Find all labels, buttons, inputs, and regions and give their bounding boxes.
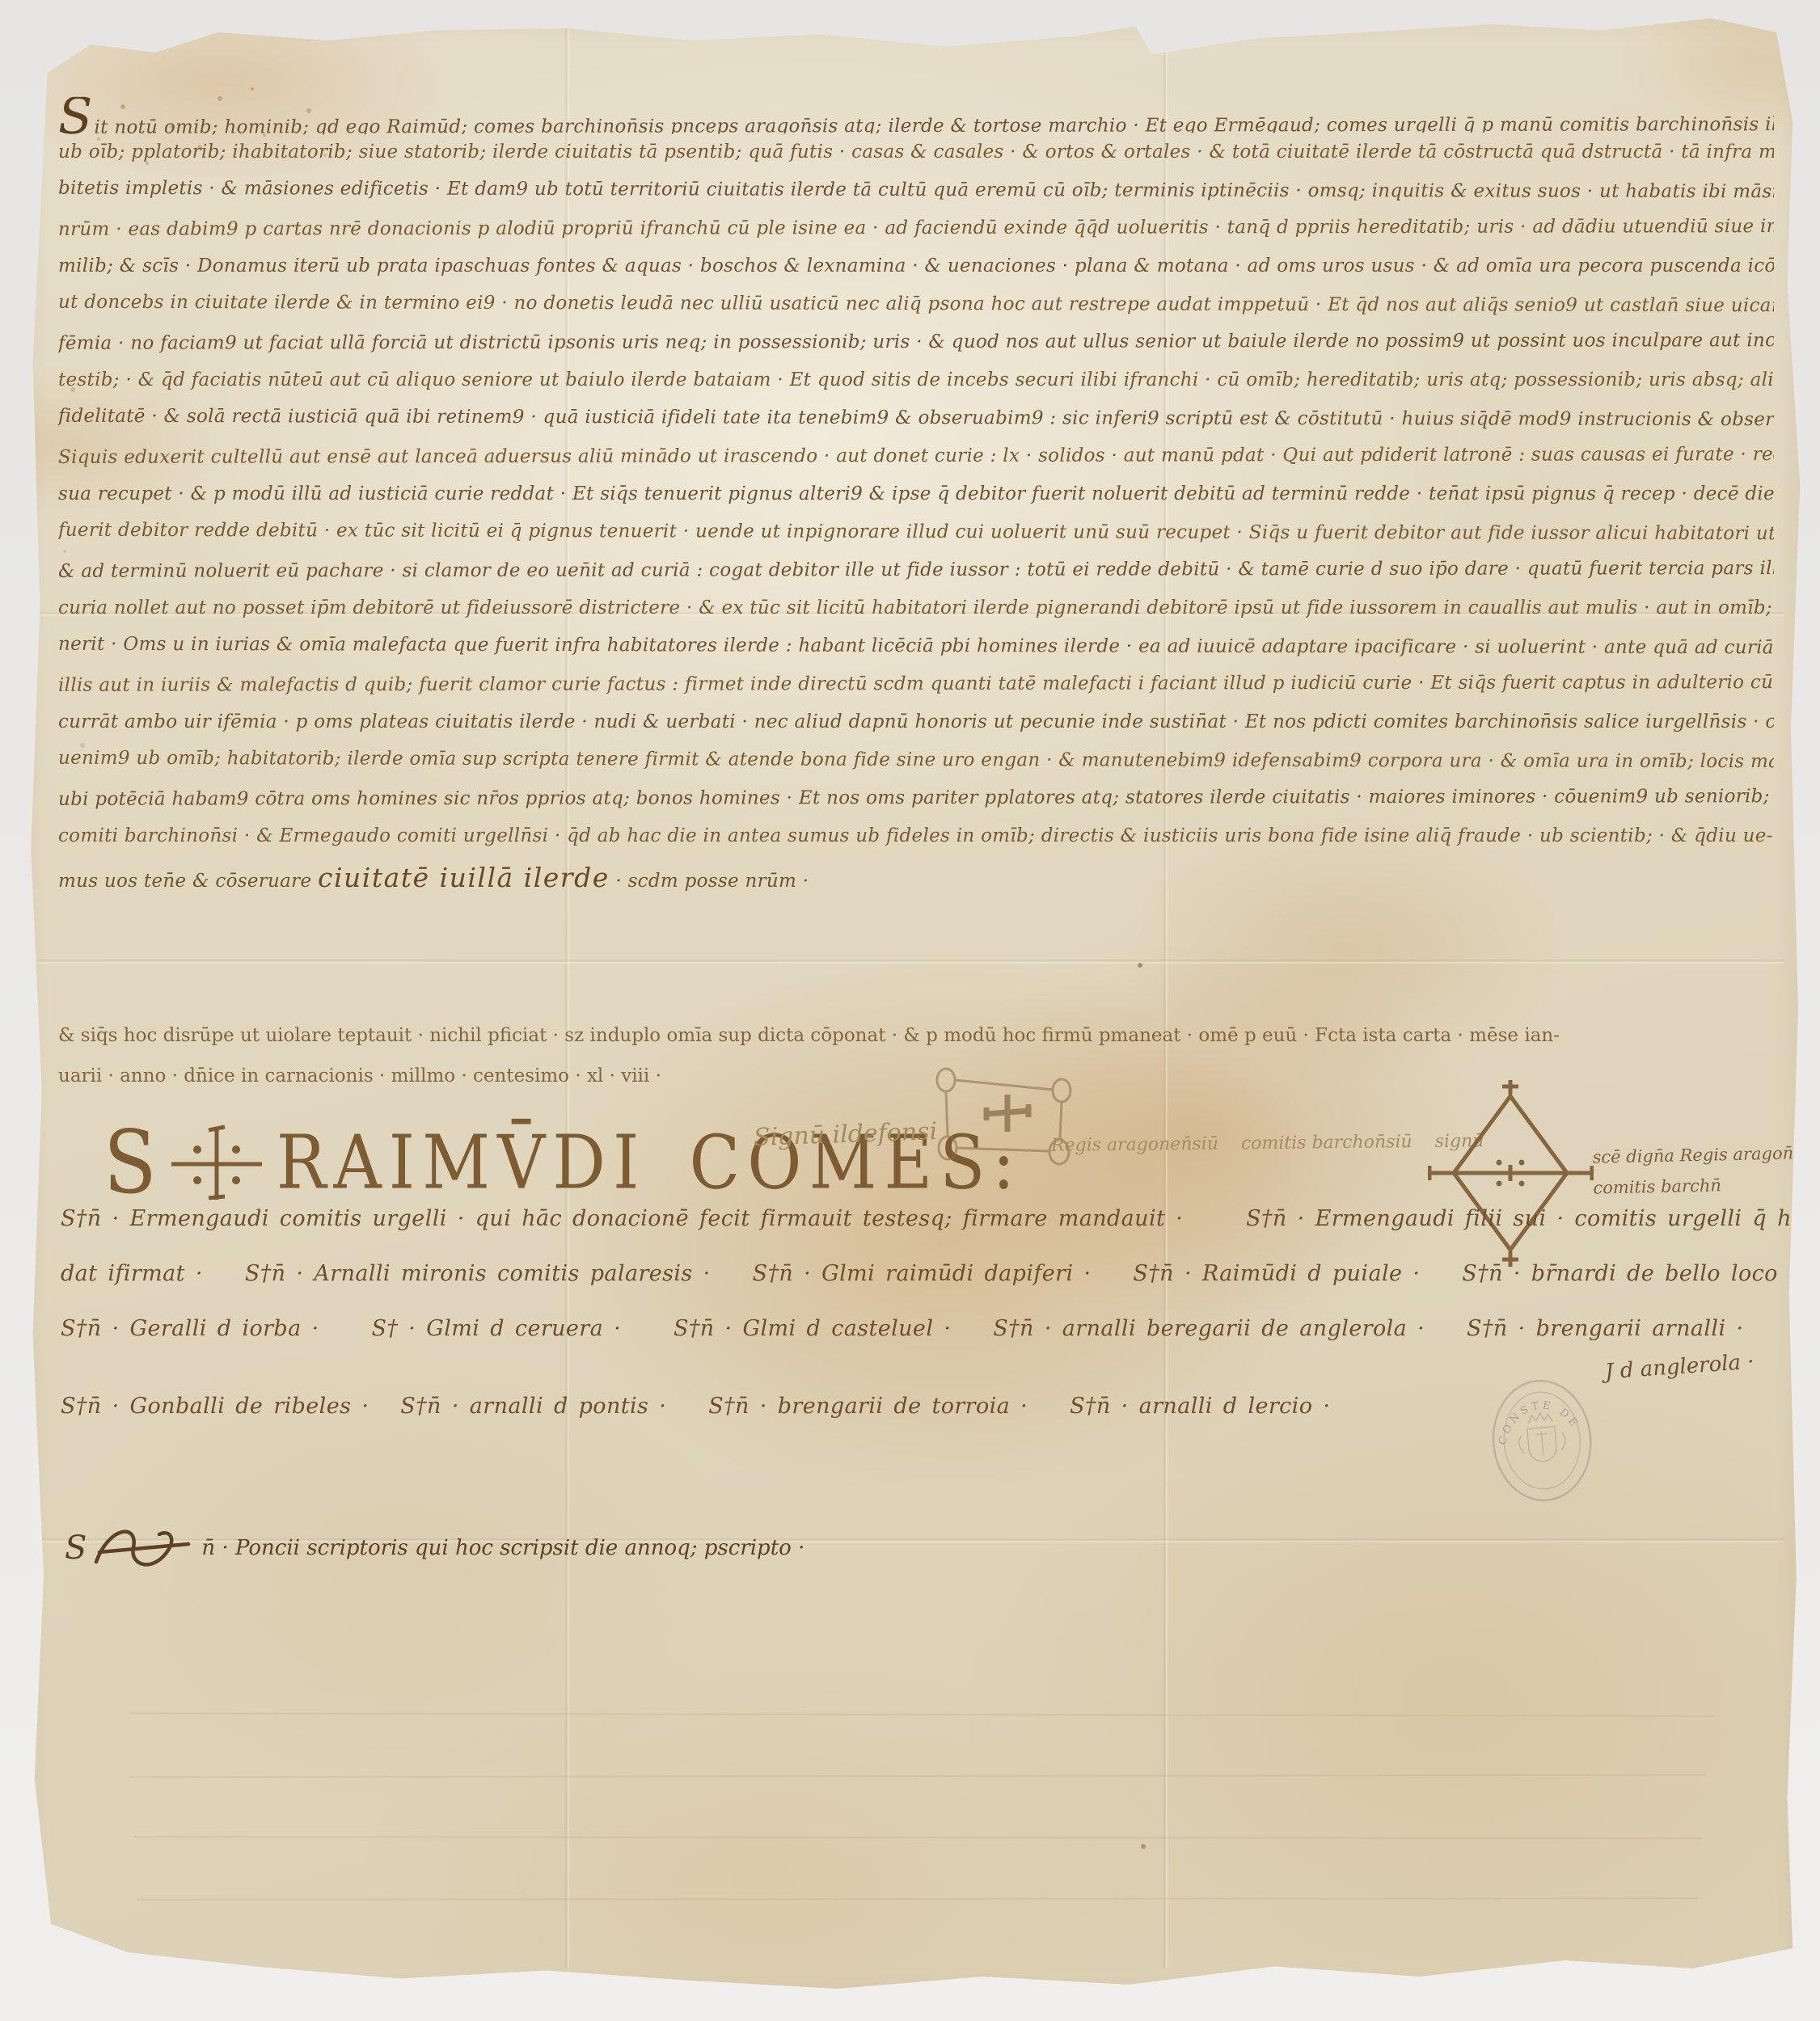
body-line: ub oīb; pplatorib; ihabitatorib; siue st… [58, 133, 1774, 171]
drypoint-ruling-line [133, 1836, 1702, 1839]
royal-signum-zone: Signū ildefonsi Regis aragonen̄siū comit… [750, 1049, 1814, 1284]
witness-row-2: dat ifirmat · S†n̄ · Arnalli mironis com… [61, 1261, 1796, 1286]
body-line: milib; & scīs · Donamus iterū ub prata i… [58, 247, 1774, 285]
charter-body-text: Sit notū omib; hominib; qd ego Raimūd; c… [58, 95, 1774, 855]
body-line: Sit notū omib; hominib; qd ego Raimūd; c… [58, 94, 1774, 135]
horizontal-fold-crease [36, 959, 1784, 964]
final-line-start: mus uos ten̄e & cōseruare [58, 871, 318, 892]
drypoint-ruling-line [129, 1712, 1714, 1716]
body-line: uenim9 ub omīb; habitatorib; ilerde omīa… [58, 740, 1774, 781]
photograph-of-charter: Sit notū omib; hominib; qd ego Raimūd; c… [0, 0, 1820, 2021]
scribe-subscription: S n̄ · Poncii scriptoris qui hoc scripsi… [65, 1520, 804, 1576]
signum-ildefonsi-label: Signū ildefonsi [753, 1117, 937, 1152]
body-line: testib; · & q̄d faciatis nūteū aut cū al… [58, 361, 1774, 399]
svg-text:CONSTE DE: CONSTE DE [1493, 1396, 1583, 1447]
caption-line: comitis barchn̄ [1593, 1168, 1794, 1203]
witness-wrap-note: J d anglerola · [1604, 1350, 1755, 1385]
royal-signum-caption-right: scē dign̄a Regis aragon̄ comitis barchn̄ [1592, 1137, 1794, 1203]
body-line: fēmia · no faciam9 ut faciat ullā forciā… [58, 322, 1774, 363]
drypoint-ruling-line [137, 1897, 1698, 1901]
body-final-line: mus uos ten̄e & cōseruare ciuitatē iuill… [58, 859, 809, 901]
body-line: ut doncebs in ciuitate ilerde & in termi… [58, 284, 1774, 325]
stain-speckles [49, 49, 52, 52]
body-line: illis aut in iuriis & malefactis d quib;… [58, 664, 1774, 705]
royal-signum-caption-mid: Regis aragonen̄siū comitis barchon̄siū s… [1051, 1131, 1484, 1156]
scribe-flourish-icon [91, 1520, 196, 1576]
royal-diamond-signum-icon [1428, 1078, 1594, 1268]
scribe-text: n̄ · Poncii scriptoris qui hoc scripsit … [201, 1536, 804, 1560]
body-line: curia nollet aut no posset ip̄m debitorē… [58, 589, 1774, 627]
comital-cross-icon [168, 1122, 265, 1203]
body-line: bitetis impletis · & māsiones edificetis… [58, 170, 1774, 211]
body-line: nrūm · eas dabim9 p cartas nrē donacioni… [58, 208, 1774, 249]
body-line: & ad terminū noluerit eū pachare · si cl… [58, 550, 1774, 591]
archive-stamp-icon: CONSTE DE [1484, 1370, 1599, 1508]
body-line: comiti barchinon̄si · & Ermegaudo comiti… [58, 817, 1774, 855]
body-line: fuerit debitor redde debitū · ex tūc sit… [58, 512, 1774, 553]
witness-row-1: S†n̄ · Ermengaudi comitis urgelli · qui … [61, 1206, 1820, 1231]
scribe-initial: S [65, 1529, 87, 1567]
witness-row-3: S†n̄ · Geralli d iorba · S† · Glmi d cer… [61, 1316, 1743, 1341]
signature-initial: S [103, 1112, 157, 1213]
parchment-sheet: Sit notū omib; hominib; qd ego Raimūd; c… [0, 0, 1820, 2021]
body-line: currāt ambo uir ifēmia · p oms plateas c… [58, 703, 1774, 741]
stamp-ring-text: CONSTE DE [1493, 1396, 1583, 1447]
drypoint-ruling-line [129, 1774, 1706, 1778]
body-line: nerit · Oms u in iurias & omīa malefacta… [58, 626, 1774, 667]
body-line: sua recupet · & p modū illū ad iusticiā … [58, 475, 1774, 513]
final-line-emphasis: ciuitatē iuillā ilerde [318, 862, 610, 893]
caption-line: scē dign̄a Regis aragon̄ [1592, 1137, 1793, 1172]
body-line: Siquis eduxerit cultellū aut ensē aut la… [58, 436, 1774, 477]
final-line-end: · scdm posse nrūm · [610, 871, 809, 892]
body-line: fidelitatē · & solā rectā iusticiā quā i… [58, 398, 1774, 439]
witness-row-4: S†n̄ · Gonballi de ribeles · S†n̄ · arna… [61, 1394, 1330, 1419]
body-line: ubi potēciā habam9 cōtra oms homines sic… [58, 778, 1774, 819]
